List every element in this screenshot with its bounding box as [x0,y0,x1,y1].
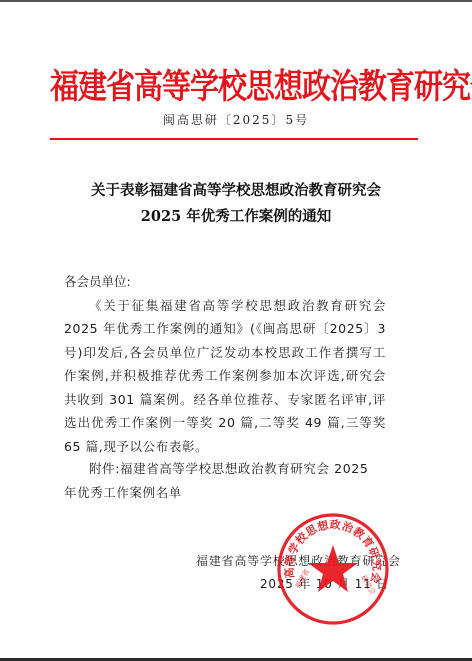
notice-body: 各会员单位: 《关于征集福建省高等学校思想政治教育研究会 2025 年优秀工作案… [64,270,386,458]
body-paragraph: 《关于征集福建省高等学校思想政治教育研究会 2025 年优秀工作案例的通知》(《… [64,294,386,459]
salutation: 各会员单位: [64,270,386,294]
notice-title-line-2: 2025 年优秀工作案例的通知 [0,204,472,230]
red-divider-rule [50,138,418,140]
notice-title-line-1: 关于表彰福建省高等学校思想政治教育研究会 [0,178,472,204]
attachment-note: 附件:福建省高等学校思想政治教育研究会 2025 年优秀工作案例名单 [64,457,386,504]
star-icon [308,545,358,592]
official-seal-icon: 高等学校思想政治教育研究会 福建省 研究会 [275,511,391,627]
organization-title: 福建省高等学校思想政治教育研究会 [50,60,422,108]
document-number: 闽高思研〔2025〕5号 [0,111,472,128]
notice-title: 关于表彰福建省高等学校思想政治教育研究会 2025 年优秀工作案例的通知 [0,178,472,230]
document-page: 福建省高等学校思想政治教育研究会 闽高思研〔2025〕5号 关于表彰福建省高等学… [0,2,472,658]
